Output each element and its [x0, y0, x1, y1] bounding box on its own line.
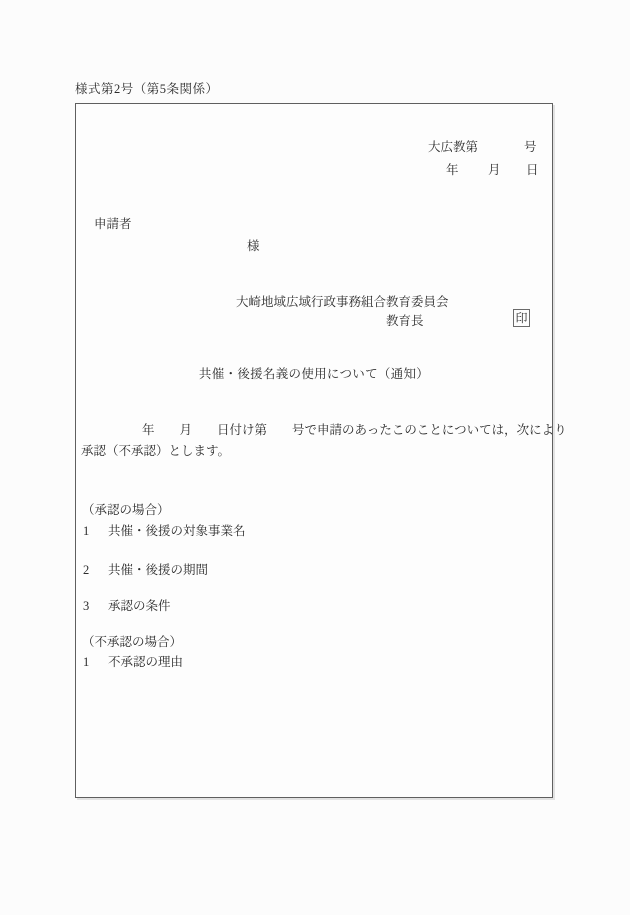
- item-label: 共催・後援の対象事業名: [108, 524, 246, 538]
- item-number: 2: [83, 563, 108, 578]
- approval-case-heading: （承認の場合）: [82, 503, 170, 518]
- body-line-1: 年 月 日付け第 号で申請のあったこのことについては，次により: [142, 423, 567, 438]
- document-title: 共催・後援名義の使用について（通知）: [76, 367, 552, 382]
- item-number: 3: [83, 599, 108, 614]
- notice-form-box: 大広教第 号 年 月 日 申請者 様 大崎地域広域行政事務組合教育委員会 教育長…: [75, 103, 553, 798]
- date-month-label: 月: [488, 163, 501, 178]
- item-label: 共催・後援の期間: [108, 563, 208, 577]
- form-number-label: 様式第2号（第5条関係）: [75, 82, 219, 97]
- list-item: 1不承認の理由: [83, 655, 183, 670]
- body-line-2: 承認（不承認）とします。: [81, 444, 230, 459]
- organization-name: 大崎地域広域行政事務組合教育委員会: [236, 295, 449, 310]
- item-number: 1: [83, 524, 108, 539]
- date-year-label: 年: [446, 163, 459, 178]
- signer-title: 教育長: [386, 314, 424, 329]
- list-item: 1共催・後援の対象事業名: [83, 524, 246, 539]
- list-item: 3承認の条件: [83, 599, 171, 614]
- doc-number-unit: 号: [524, 140, 537, 155]
- disapproval-case-heading: （不承認の場合）: [82, 635, 182, 650]
- document-page: 様式第2号（第5条関係） 大広教第 号 年 月 日 申請者 様 大崎地域広域行政…: [0, 0, 630, 915]
- applicant-label: 申請者: [94, 217, 132, 232]
- list-item: 2共催・後援の期間: [83, 563, 208, 578]
- doc-number-prefix: 大広教第: [428, 140, 478, 155]
- seal-stamp-box: 印: [513, 309, 530, 327]
- applicant-honorific: 様: [247, 239, 260, 254]
- date-day-label: 日: [526, 163, 539, 178]
- item-label: 不承認の理由: [108, 655, 183, 669]
- item-label: 承認の条件: [108, 599, 171, 613]
- item-number: 1: [83, 655, 108, 670]
